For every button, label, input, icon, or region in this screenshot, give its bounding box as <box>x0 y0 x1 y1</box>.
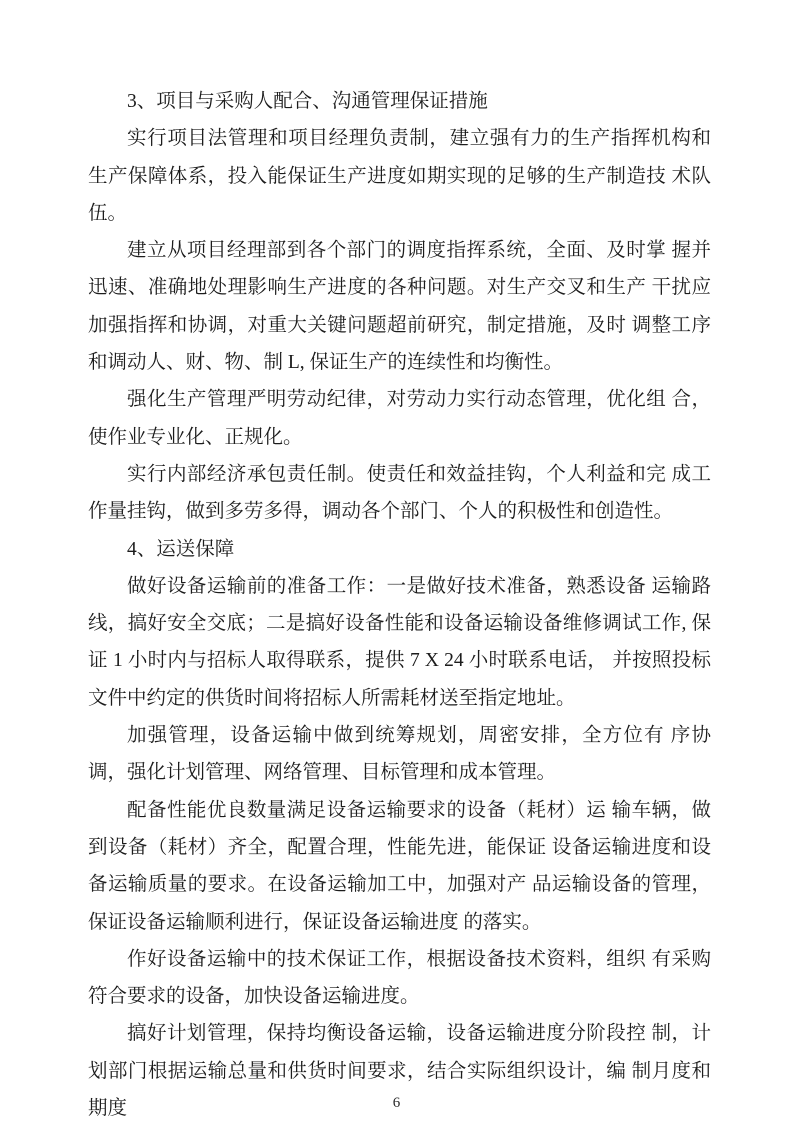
paragraph: 强化生产管理严明劳动纪律，对劳动力实行动态管理，优化组 合，使作业专业化、正规化… <box>88 381 711 456</box>
paragraph: 实行内部经济承包责任制。使责任和效益挂钩，个人利益和完 成工作量挂钩，做到多劳多… <box>88 456 711 531</box>
paragraph: 做好设备运输前的准备工作：一是做好技术准备，熟悉设备 运输路线，搞好安全交底；二… <box>88 568 711 717</box>
document-body: 3、项目与采购人配合、沟通管理保证措施 实行项目法管理和项目经理负责制，建立强有… <box>88 83 711 1122</box>
document-page: 3、项目与采购人配合、沟通管理保证措施 实行项目法管理和项目经理负责制，建立强有… <box>0 0 793 1122</box>
page-number: 6 <box>0 1094 793 1112</box>
paragraph: 建立从项目经理部到各个部门的调度指挥系统，全面、及时掌 握并迅速、准确地处理影响… <box>88 232 711 381</box>
paragraph: 配备性能优良数量满足设备运输要求的设备（耗材）运 输车辆，做到设备（耗材）齐全，… <box>88 792 711 941</box>
paragraph: 加强管理，设备运输中做到统筹规划，周密安排，全方位有 序协调，强化计划管理、网络… <box>88 717 711 792</box>
paragraph: 实行项目法管理和项目经理负责制，建立强有力的生产指挥机构和生产保障体系，投入能保… <box>88 120 711 232</box>
paragraph: 作好设备运输中的技术保证工作，根据设备技术资料，组织 有采购符合要求的设备，加快… <box>88 941 711 1016</box>
section-heading: 3、项目与采购人配合、沟通管理保证措施 <box>88 83 711 120</box>
section-heading: 4、运送保障 <box>88 531 711 568</box>
